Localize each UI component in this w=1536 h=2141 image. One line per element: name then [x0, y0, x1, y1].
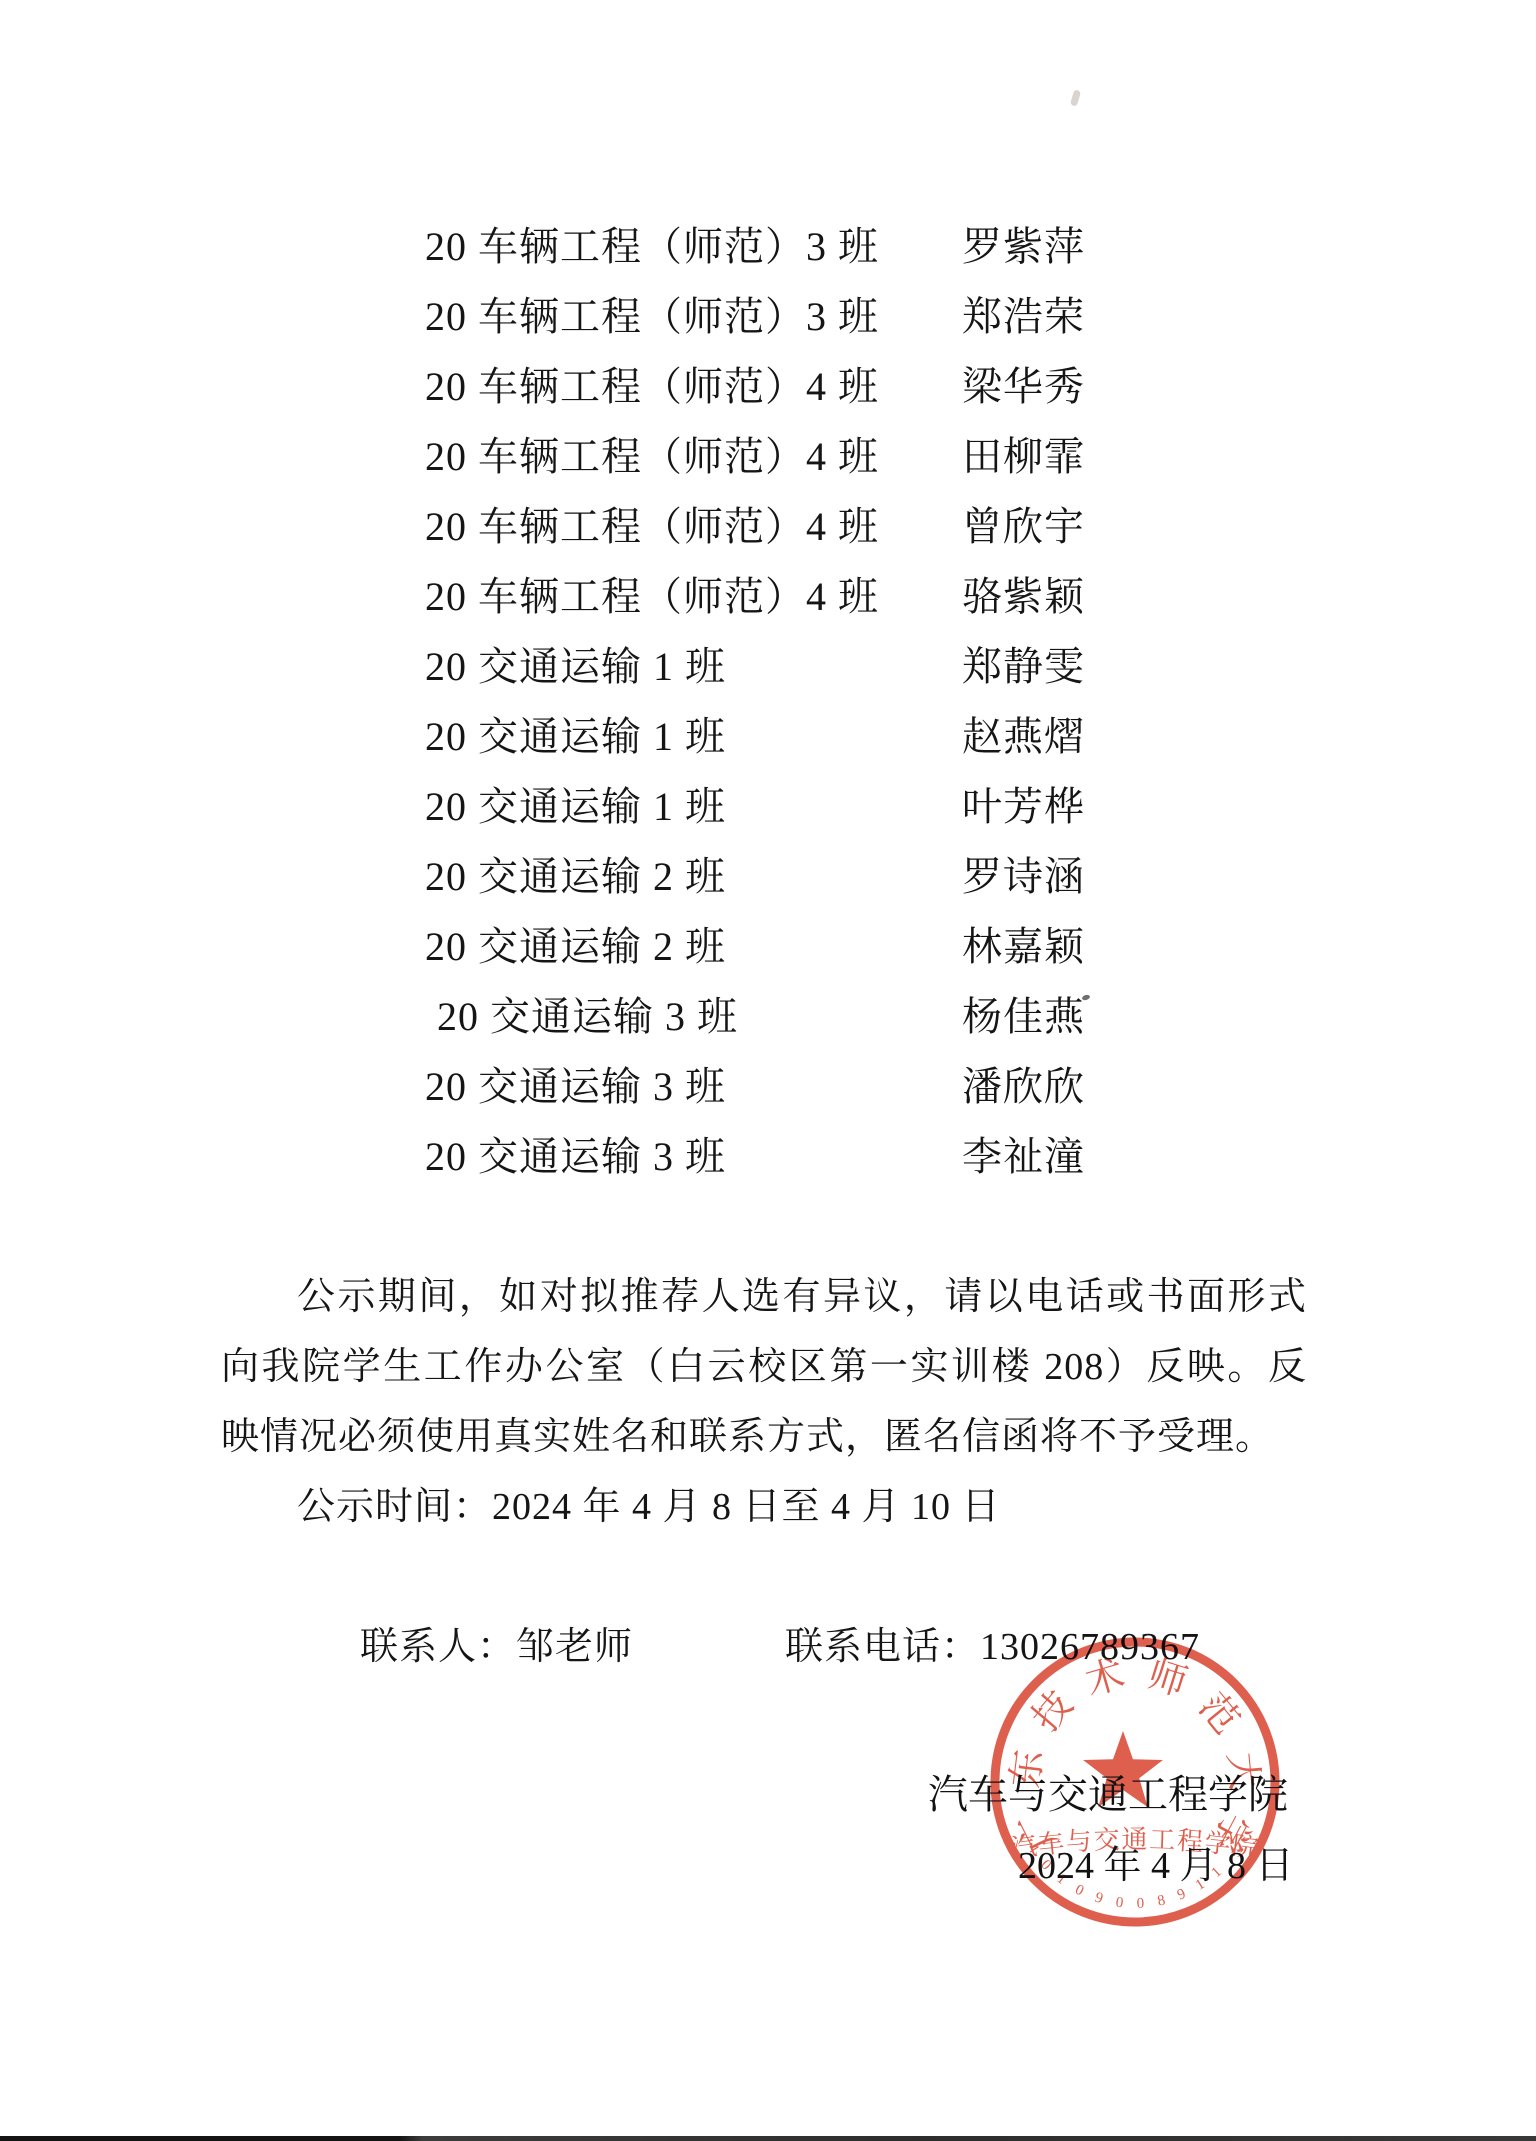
table-row: 20 交通运输 3 班潘欣欣 — [0, 1052, 1536, 1122]
notice-line: 公示期间，如对拟推荐人选有异议，请以电话或书面形式 — [221, 1262, 1307, 1332]
class-label: 20 交通运输 2 班 — [425, 842, 726, 912]
table-row: 20 交通运输 1 班叶芳桦 — [0, 772, 1536, 842]
table-row: 20 车辆工程（师范）3 班郑浩荣 — [0, 282, 1536, 352]
recommended-students-list: 20 车辆工程（师范）3 班罗紫萍 20 车辆工程（师范）3 班郑浩荣 20 车… — [0, 212, 1536, 1192]
student-name: 骆紫颖 — [962, 562, 1085, 632]
table-row: 20 交通运输 2 班罗诗涵 — [0, 842, 1536, 912]
student-name: 郑静雯 — [962, 632, 1085, 702]
class-label: 20 车辆工程（师范）4 班 — [425, 492, 879, 562]
publicity-period: 公示时间：2024 年 4 月 8 日至 4 月 10 日 — [221, 1472, 1307, 1542]
table-row: 20 车辆工程（师范）3 班罗紫萍 — [0, 212, 1536, 282]
contact-person: 联系人：邹老师 — [360, 1626, 633, 1668]
notice-line: 向我院学生工作办公室（白云校区第一实训楼 208）反映。反 — [221, 1332, 1307, 1402]
student-name: 罗诗涵 — [962, 842, 1085, 912]
class-label: 20 车辆工程（师范）4 班 — [425, 562, 879, 632]
table-row: 20 车辆工程（师范）4 班田柳霏 — [0, 422, 1536, 492]
class-label: 20 车辆工程（师范）3 班 — [425, 282, 879, 352]
student-name: 梁华秀 — [962, 352, 1085, 422]
table-row: 20 交通运输 1 班郑静雯 — [0, 632, 1536, 702]
page-bottom-scan-edge — [0, 2136, 1536, 2141]
class-label: 20 车辆工程（师范）4 班 — [425, 422, 879, 492]
scan-artifact-mark — [1070, 89, 1081, 106]
signature-department: 汽车与交通工程学院 — [928, 1771, 1288, 1819]
class-label: 20 车辆工程（师范）4 班 — [425, 352, 879, 422]
table-row: 20 车辆工程（师范）4 班曾欣宇 — [0, 492, 1536, 562]
table-row: 20 交通运输 3 班李祉潼 — [0, 1122, 1536, 1192]
student-name: 曾欣宇 — [962, 492, 1085, 562]
student-name: 杨佳燕 — [962, 982, 1085, 1052]
student-name: 郑浩荣 — [962, 282, 1085, 352]
table-row: 20 车辆工程（师范）4 班梁华秀 — [0, 352, 1536, 422]
student-name: 林嘉颖 — [962, 912, 1085, 982]
class-label: 20 交通运输 2 班 — [425, 912, 726, 982]
class-label: 20 交通运输 1 班 — [425, 772, 726, 842]
document-page: 20 车辆工程（师范）3 班罗紫萍 20 车辆工程（师范）3 班郑浩荣 20 车… — [0, 0, 1536, 2141]
class-label: 20 交通运输 1 班 — [425, 632, 726, 702]
student-name: 叶芳桦 — [962, 772, 1085, 842]
student-name: 李祉潼 — [962, 1122, 1085, 1192]
student-name: 潘欣欣 — [962, 1052, 1085, 1122]
signature-date: 2024 年 4 月 8 日 — [1018, 1843, 1294, 1889]
class-label: 20 交通运输 3 班 — [425, 1052, 726, 1122]
class-label: 20 交通运输 3 班 — [425, 1122, 726, 1192]
student-name: 赵燕熠 — [962, 702, 1085, 772]
table-row: 20 车辆工程（师范）4 班骆紫颖 — [0, 562, 1536, 632]
class-label: 20 交通运输 3 班 — [437, 982, 738, 1052]
student-name: 罗紫萍 — [962, 212, 1085, 282]
notice-line: 映情况必须使用真实姓名和联系方式，匿名信函将不予受理。 — [221, 1402, 1307, 1472]
class-label: 20 交通运输 1 班 — [425, 702, 726, 772]
table-row: 20 交通运输 2 班林嘉颖 — [0, 912, 1536, 982]
student-name: 田柳霏 — [962, 422, 1085, 492]
table-row: 20 交通运输 3 班杨佳燕 — [0, 982, 1536, 1052]
table-row: 20 交通运输 1 班赵燕熠 — [0, 702, 1536, 772]
class-label: 20 车辆工程（师范）3 班 — [425, 212, 879, 282]
